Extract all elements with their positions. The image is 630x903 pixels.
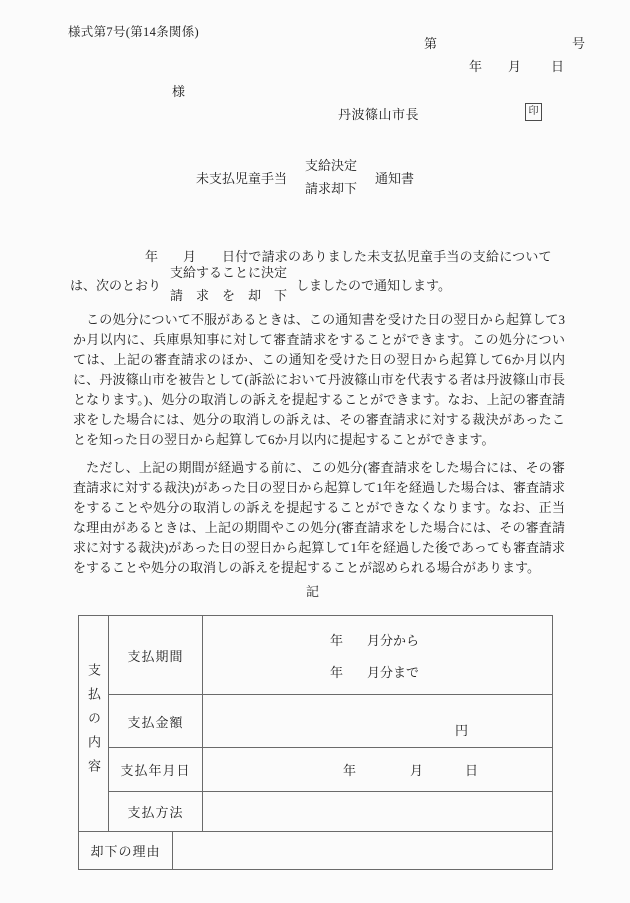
payment-date-value-cell: 年 月 日 — [203, 747, 552, 791]
section-header-payment-contents: 支払の内容 — [79, 616, 109, 831]
doc-number-suffix: 号 — [572, 33, 585, 52]
payment-details-main-grid: 支払の内容 支払期間 年月分から 年月分まで 支払金額 円 支払年月日 年 月 … — [78, 615, 553, 831]
period-to-year-label: 年 — [330, 665, 343, 680]
period-to-rest-label: 月分まで — [367, 665, 419, 680]
title-option-grant: 支給決定 — [305, 154, 357, 177]
period-from-year-label: 年 — [330, 633, 343, 648]
sender-mayor-name: 丹波篠山市長 — [338, 104, 419, 123]
row-label-payment-period: 支払期間 — [109, 616, 203, 694]
issue-date-month-label: 月 — [508, 56, 521, 75]
payment-period-value-cell: 年月分から 年月分まで — [203, 616, 552, 694]
payment-date-day-label: 日 — [465, 760, 478, 779]
row-label-payment-amount: 支払金額 — [109, 694, 203, 747]
issue-date-year-label: 年 — [469, 56, 482, 75]
legal-notice: この処分について不服があるときは、この通知書を受けた日の翌日から起算して3か月以… — [73, 310, 565, 578]
issue-date-day-label: 日 — [551, 56, 564, 75]
form-number: 様式第7号(第14条関係) — [68, 22, 199, 40]
notification-document: 様式第7号(第14条関係) 第 号 年 月 日 様 丹波篠山市長 印 未支払児童… — [0, 0, 630, 903]
seal-stamp-box: 印 — [525, 103, 542, 121]
addressee-honorific: 様 — [172, 81, 185, 100]
doc-number-prefix: 第 — [424, 33, 437, 52]
rejection-reason-row: 却下の理由 — [78, 831, 553, 870]
amount-yen-unit: 円 — [455, 720, 468, 739]
payment-details-table: 支払の内容 支払期間 年月分から 年月分まで 支払金額 円 支払年月日 年 月 … — [78, 615, 553, 870]
document-title: 未支払児童手当 支給決定 請求却下 通知書 — [196, 154, 414, 200]
period-from-rest-label: 月分から — [367, 633, 419, 648]
intro-line2-tail: しましたので通知します。 — [296, 275, 451, 294]
title-option-reject: 請求却下 — [305, 177, 357, 200]
title-right: 通知書 — [375, 168, 414, 187]
title-option-stack: 支給決定 請求却下 — [305, 154, 357, 200]
row-label-payment-method: 支払方法 — [109, 791, 203, 831]
appeal-paragraph: この処分について不服があるときは、この通知書を受けた日の翌日から起算して3か月以… — [73, 310, 565, 450]
row-label-rejection-reason: 却下の理由 — [79, 832, 173, 869]
row-label-payment-date: 支払年月日 — [109, 747, 203, 791]
payment-method-value-cell — [203, 791, 552, 831]
intro-option-grant: 支給することに決定 — [170, 261, 287, 284]
intro-option-stack: 支給することに決定 請 求 を 却 下 — [170, 261, 287, 307]
rejection-reason-value-cell — [173, 832, 552, 869]
intro-option-reject: 請 求 を 却 下 — [170, 284, 287, 307]
intro-line2: は、次のとおり 支給することに決定 請 求 を 却 下 しましたので通知します。 — [70, 261, 451, 307]
period-from-line: 年月分から — [330, 630, 552, 649]
payment-amount-value-cell: 円 — [203, 694, 552, 747]
deadline-paragraph: ただし、上記の期間が経過する前に、この処分(審査請求をした場合には、その審査請求… — [73, 458, 565, 578]
payment-date-year-label: 年 — [343, 760, 356, 779]
title-left: 未支払児童手当 — [196, 168, 287, 187]
intro-line2-lead: は、次のとおり — [70, 275, 161, 294]
period-to-line: 年月分まで — [330, 662, 552, 681]
payment-date-month-label: 月 — [410, 760, 423, 779]
ki-marker: 記 — [73, 581, 553, 600]
